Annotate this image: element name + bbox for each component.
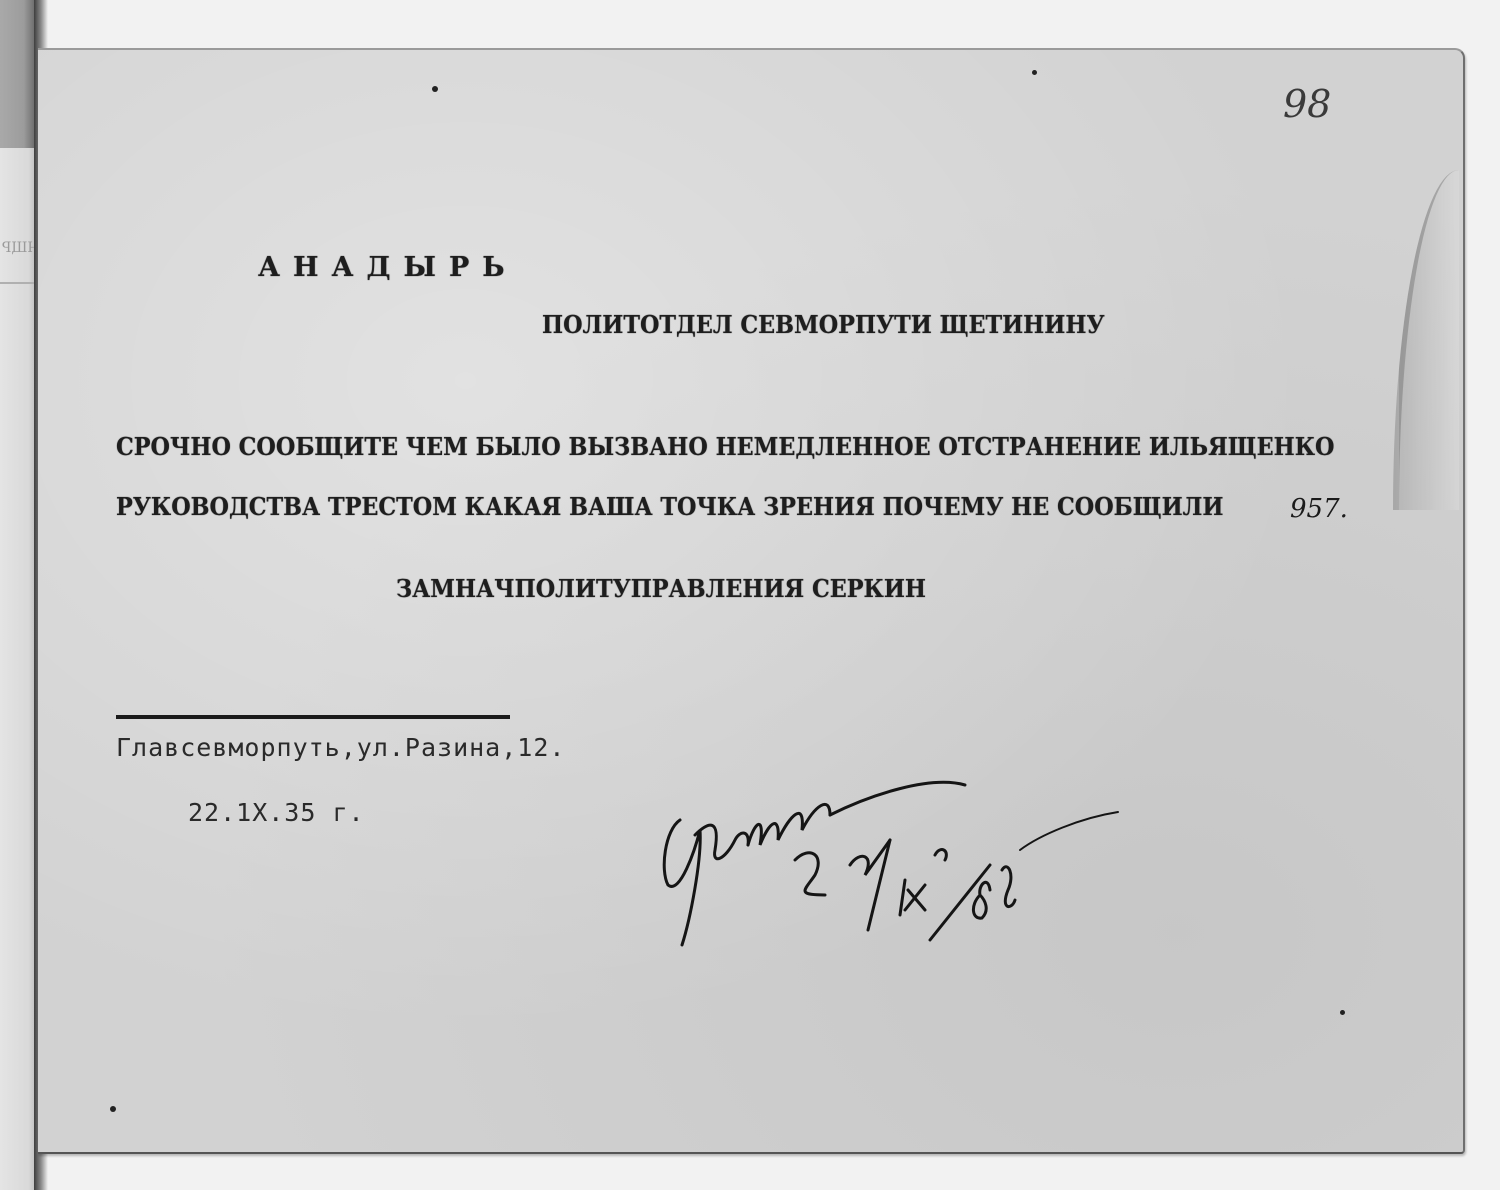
adjacent-page-rule [0, 282, 36, 284]
ink-speck [1032, 70, 1037, 75]
typed-date: 22.1Х.35 г. [188, 798, 365, 827]
ink-speck [110, 1106, 116, 1112]
adjacent-page-strip: ЧЩР [0, 148, 36, 1190]
organization-address: Главсевморпуть,ул.Разина,12. [116, 733, 565, 762]
sender-line: ЗАМНАЧПОЛИТУПРАВЛЕНИЯ СЕРКИН [396, 574, 926, 603]
message-line-2: РУКОВОДСТВА ТРЕСТОМ КАКАЯ ВАША ТОЧКА ЗРЕ… [116, 492, 1223, 521]
separator-rule [116, 715, 510, 719]
ink-speck [1340, 1010, 1345, 1015]
binder-edge [0, 0, 34, 148]
handwritten-signature-and-date [640, 760, 1120, 960]
adjacent-page-text: ЧЩР [2, 240, 38, 256]
destination-city: АНАДЫРЬ [258, 252, 518, 283]
ink-speck [432, 86, 438, 92]
handwritten-code: 957. [1290, 494, 1348, 524]
folio-number: 98 [1283, 82, 1331, 126]
addressee-line: ПОЛИТОТДЕЛ СЕВМОРПУТИ ЩЕТИНИНУ [542, 310, 1105, 339]
message-line-1: СРОЧНО СООБЩИТЕ ЧЕМ БЫЛО ВЫЗВАНО НЕМЕДЛЕ… [116, 432, 1334, 461]
sheet-curl [1393, 170, 1459, 510]
